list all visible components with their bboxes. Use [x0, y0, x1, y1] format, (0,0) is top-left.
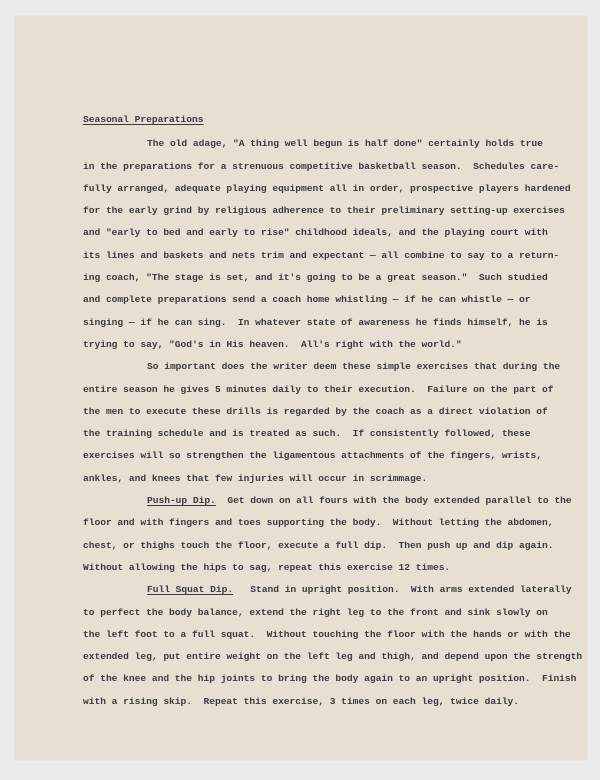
text-line: of the knee and the hip joints to bring …: [83, 668, 563, 690]
text-line: ankles, and knees that few injuries will…: [83, 468, 563, 490]
text-line: chest, or thighs touch the floor, execut…: [83, 535, 563, 557]
text-line: the men to execute these drills is regar…: [83, 401, 563, 423]
text-line: exercises will so strengthen the ligamen…: [83, 445, 563, 467]
text-line: Without allowing the hips to sag, repeat…: [83, 557, 563, 579]
text-line: Push-up Dip. Get down on all fours with …: [83, 490, 563, 512]
document-page: Seasonal Preparations The old adage, "A …: [15, 16, 587, 760]
text-line: extended leg, put entire weight on the l…: [83, 646, 563, 668]
text-line: So important does the writer deem these …: [83, 356, 563, 378]
text-line: and "early to bed and early to rise" chi…: [83, 222, 563, 244]
text-line: its lines and baskets and nets trim and …: [83, 245, 563, 267]
exercise-title-push-up-dip: Push-up Dip.: [147, 495, 216, 506]
text-line: The old adage, "A thing well begun is ha…: [83, 133, 563, 155]
paragraph-intro: The old adage, "A thing well begun is ha…: [83, 133, 563, 356]
text-line: fully arranged, adequate playing equipme…: [83, 178, 563, 200]
section-heading: Seasonal Preparations: [83, 109, 563, 131]
exercise-title-full-squat-dip: Full Squat Dip.: [147, 584, 233, 595]
typescript-body: Seasonal Preparations The old adage, "A …: [83, 109, 563, 713]
text-line: singing — if he can sing. In whatever st…: [83, 312, 563, 334]
text-line: Full Squat Dip. Stand in upright positio…: [83, 579, 563, 601]
text-fragment: Stand in upright position. With arms ext…: [233, 584, 572, 595]
text-line: and complete preparations send a coach h…: [83, 289, 563, 311]
text-line: entire season he gives 5 minutes daily t…: [83, 379, 563, 401]
text-fragment: Get down on all fours with the body exte…: [216, 495, 572, 506]
text-line: in the preparations for a strenuous comp…: [83, 156, 563, 178]
text-line: ing coach, "The stage is set, and it's g…: [83, 267, 563, 289]
text-line: with a rising skip. Repeat this exercise…: [83, 691, 563, 713]
paragraph-exercises: So important does the writer deem these …: [83, 356, 563, 490]
text-line: the training schedule and is treated as …: [83, 423, 563, 445]
paragraph-full-squat-dip: Full Squat Dip. Stand in upright positio…: [83, 579, 563, 713]
text-line: for the early grind by religious adheren…: [83, 200, 563, 222]
paragraph-push-up-dip: Push-up Dip. Get down on all fours with …: [83, 490, 563, 579]
text-line: trying to say, "God's in His heaven. All…: [83, 334, 563, 356]
text-line: the left foot to a full squat. Without t…: [83, 624, 563, 646]
text-line: floor and with fingers and toes supporti…: [83, 512, 563, 534]
text-line: to perfect the body balance, extend the …: [83, 602, 563, 624]
